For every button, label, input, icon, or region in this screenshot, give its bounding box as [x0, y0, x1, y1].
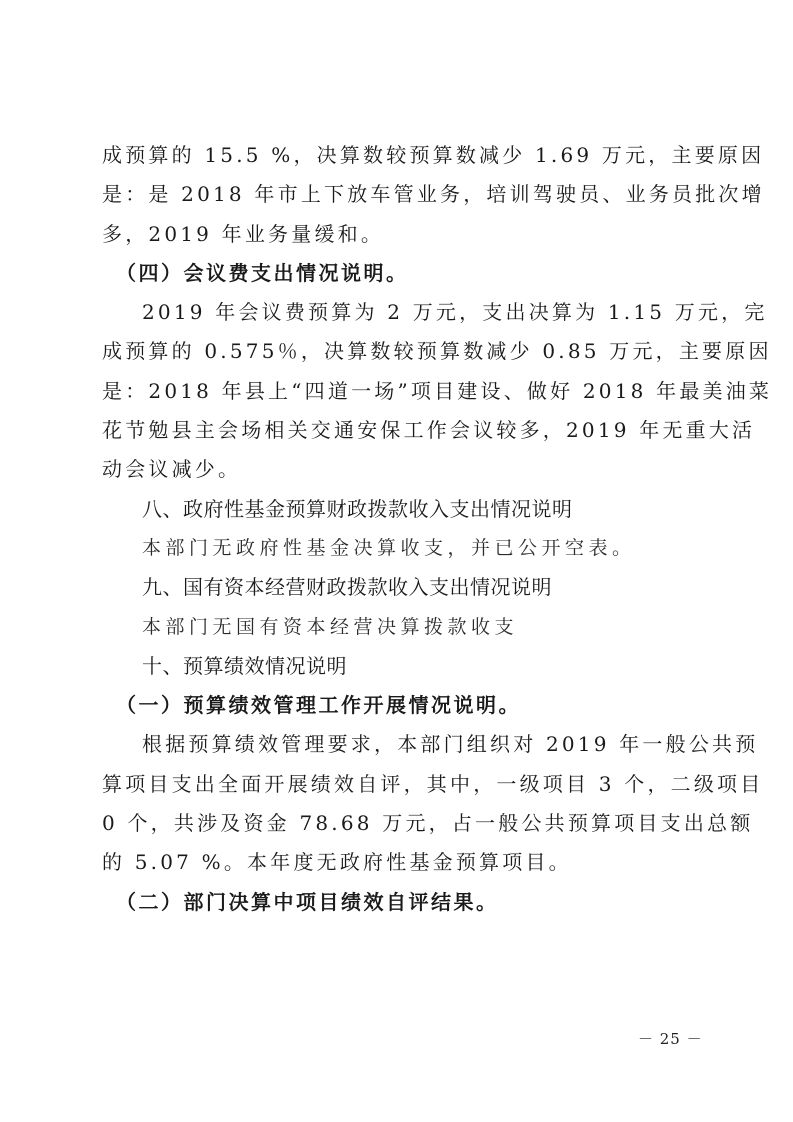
- section-heading-performance: 十、预算绩效情况说明: [102, 647, 692, 686]
- section-heading-state-capital: 九、国有资本经营财政拨款收入支出情况说明: [102, 568, 692, 607]
- subheading-performance-management: （一）预算绩效管理工作开展情况说明。: [102, 686, 692, 725]
- paragraph-meeting-expenses: 2019 年会议费预算为 2 万元，支出决算为 1.15 万元，完 成预算的 0…: [102, 293, 692, 489]
- text-line: 成预算的 15.5 %，决算数较预算数减少 1.69 万元，主要原因: [102, 136, 692, 175]
- page-number: － 25 －: [638, 1028, 703, 1049]
- text-line: 的 5.07 %。本年度无政府性基金预算项目。: [102, 843, 692, 882]
- text-line: 2019 年会议费预算为 2 万元，支出决算为 1.15 万元，完: [102, 293, 692, 332]
- paragraph-travel-continued: 成预算的 15.5 %，决算数较预算数减少 1.69 万元，主要原因 是：是 2…: [102, 136, 692, 254]
- section-heading-government-fund: 八、政府性基金预算财政拨款收入支出情况说明: [102, 490, 692, 529]
- subheading-self-evaluation-results: （二）部门决算中项目绩效自评结果。: [102, 883, 692, 922]
- document-page: 成预算的 15.5 %，决算数较预算数减少 1.69 万元，主要原因 是：是 2…: [102, 136, 692, 922]
- subheading-meeting-expenses: （四）会议费支出情况说明。: [102, 254, 692, 293]
- text-line: 0 个，共涉及资金 78.68 万元，占一般公共预算项目支出总额: [102, 804, 692, 843]
- text-line: 是：2018 年县上“四道一场”项目建设、做好 2018 年最美油菜: [102, 372, 692, 411]
- paragraph-performance-management: 根据预算绩效管理要求，本部门组织对 2019 年一般公共预 算项目支出全面开展绩…: [102, 725, 692, 882]
- text-line: 算项目支出全面开展绩效自评，其中，一级项目 3 个，二级项目: [102, 765, 692, 804]
- text-line: 成预算的 0.575％，决算数较预算数减少 0.85 万元，主要原因: [102, 332, 692, 371]
- text-line: 动会议减少。: [102, 450, 692, 489]
- paragraph-government-fund: 本部门无政府性基金决算收支，并已公开空表。: [102, 529, 692, 568]
- text-line: 根据预算绩效管理要求，本部门组织对 2019 年一般公共预: [102, 725, 692, 764]
- text-line: 花节勉县主会场相关交通安保工作会议较多，2019 年无重大活: [102, 411, 692, 450]
- text-line: 是：是 2018 年市上下放车管业务，培训驾驶员、业务员批次增: [102, 175, 692, 214]
- text-line: 多，2019 年业务量缓和。: [102, 215, 692, 254]
- paragraph-state-capital: 本部门无国有资本经营决算拨款收支: [102, 608, 692, 647]
